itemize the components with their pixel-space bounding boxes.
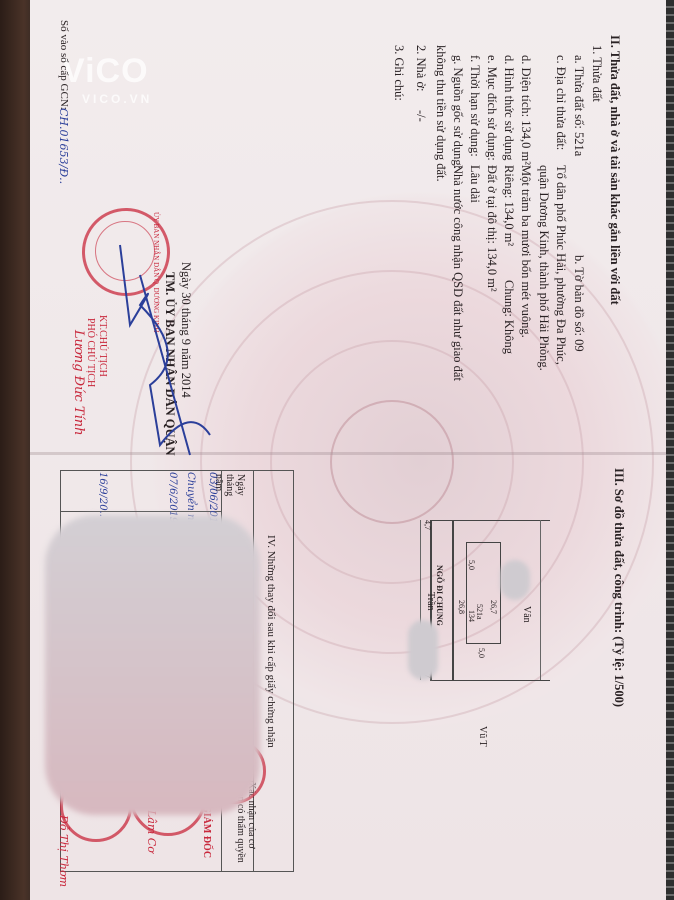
land-heading: 1. Thửa đất <box>589 45 604 102</box>
parcel-area-label: 134 <box>467 610 476 622</box>
front-width: 5,0 <box>467 560 476 570</box>
map-sheet-number: b. Tờ bản đồ số: 09 <box>571 255 586 352</box>
side-left-length: 26,8 <box>457 600 466 614</box>
address-line-2: quận Dương Kinh, thành phố Hải Phòng. <box>536 165 551 371</box>
back-width: 5,0 <box>477 648 486 658</box>
watermark-logo: ViCO <box>62 52 149 91</box>
drum-star <box>330 400 454 524</box>
purpose-value: Đất ở tại đô thị: 134,0 m² <box>484 165 499 292</box>
parcel-number: a. Thửa đất số: 521a <box>571 55 586 156</box>
usage-form-shared: Chung: Không <box>501 280 516 354</box>
neighbor-left: Trần <box>425 592 436 611</box>
section2-title: II. Thửa đất, nhà ở và tài sản khác gắn … <box>607 35 622 305</box>
address-line-1: Tổ dân phố Phúc Hải, phường Đa Phúc, <box>553 165 568 365</box>
origin-label: g. Nguồn gốc sử dụng: <box>450 55 465 169</box>
term-value: Lâu dài <box>467 165 482 203</box>
house-label: 2. Nhà ở: <box>413 45 428 92</box>
house-value: -/- <box>413 110 428 122</box>
notes-label: 3. Ghi chú: <box>391 45 406 101</box>
purpose-label: e. Mục đích sử dụng: <box>484 55 499 161</box>
registry-value: CH.01653/Đ.. <box>57 108 70 184</box>
signature-scribble <box>100 235 220 465</box>
redaction-blur <box>500 560 530 600</box>
origin-continuation: không thu tiền sử dụng đất. <box>433 45 448 182</box>
area-label: d. Diện tích: 134,0 m² <box>518 55 533 165</box>
neighbor-back: Vũ T <box>477 726 488 747</box>
section3-title: III. Sơ đồ thửa đất, công trình: (Tỷ lệ:… <box>611 468 626 707</box>
change-date-3: 16/9/20.. <box>97 472 108 517</box>
neighbor-right: Vân <box>521 606 532 623</box>
term-label: f. Thời hạn sử dụng: <box>467 55 482 157</box>
section4-title: IV. Những thay đổi sau khi cấp giấy chứn… <box>265 535 277 748</box>
signer-name: Lương Đức Tính <box>71 330 86 436</box>
address-label: c. Địa chỉ thửa đất: <box>553 55 568 150</box>
watermark-site: VICO.VN <box>82 92 152 106</box>
origin-value: Nhà nước công nhận QSD đất như giao đất <box>450 165 465 381</box>
side-right-length: 26,7 <box>489 600 498 614</box>
registry-label: Số vào sổ cấp GCN: <box>58 20 70 110</box>
vice-chairman: PHÓ CHỦ TỊCH <box>85 318 96 387</box>
parcel-number-label: 521a <box>475 604 484 620</box>
confirm-signer-3: Đỗ Thị Thơm <box>57 815 70 887</box>
road-width-left: 4,7 <box>423 520 432 530</box>
area-words: Một trăm ba mươi bốn mét vuông. <box>518 165 533 338</box>
redaction-blur <box>45 515 260 815</box>
confirm-signer-2: Lâm Cơ <box>145 810 158 853</box>
redaction-blur <box>408 620 438 680</box>
usage-form-private: Riêng: 134,0 m² <box>501 165 516 246</box>
usage-form-label: d. Hình thức sử dụng <box>501 55 516 161</box>
road-label: NGÕ ĐI CHUNG <box>435 565 444 626</box>
